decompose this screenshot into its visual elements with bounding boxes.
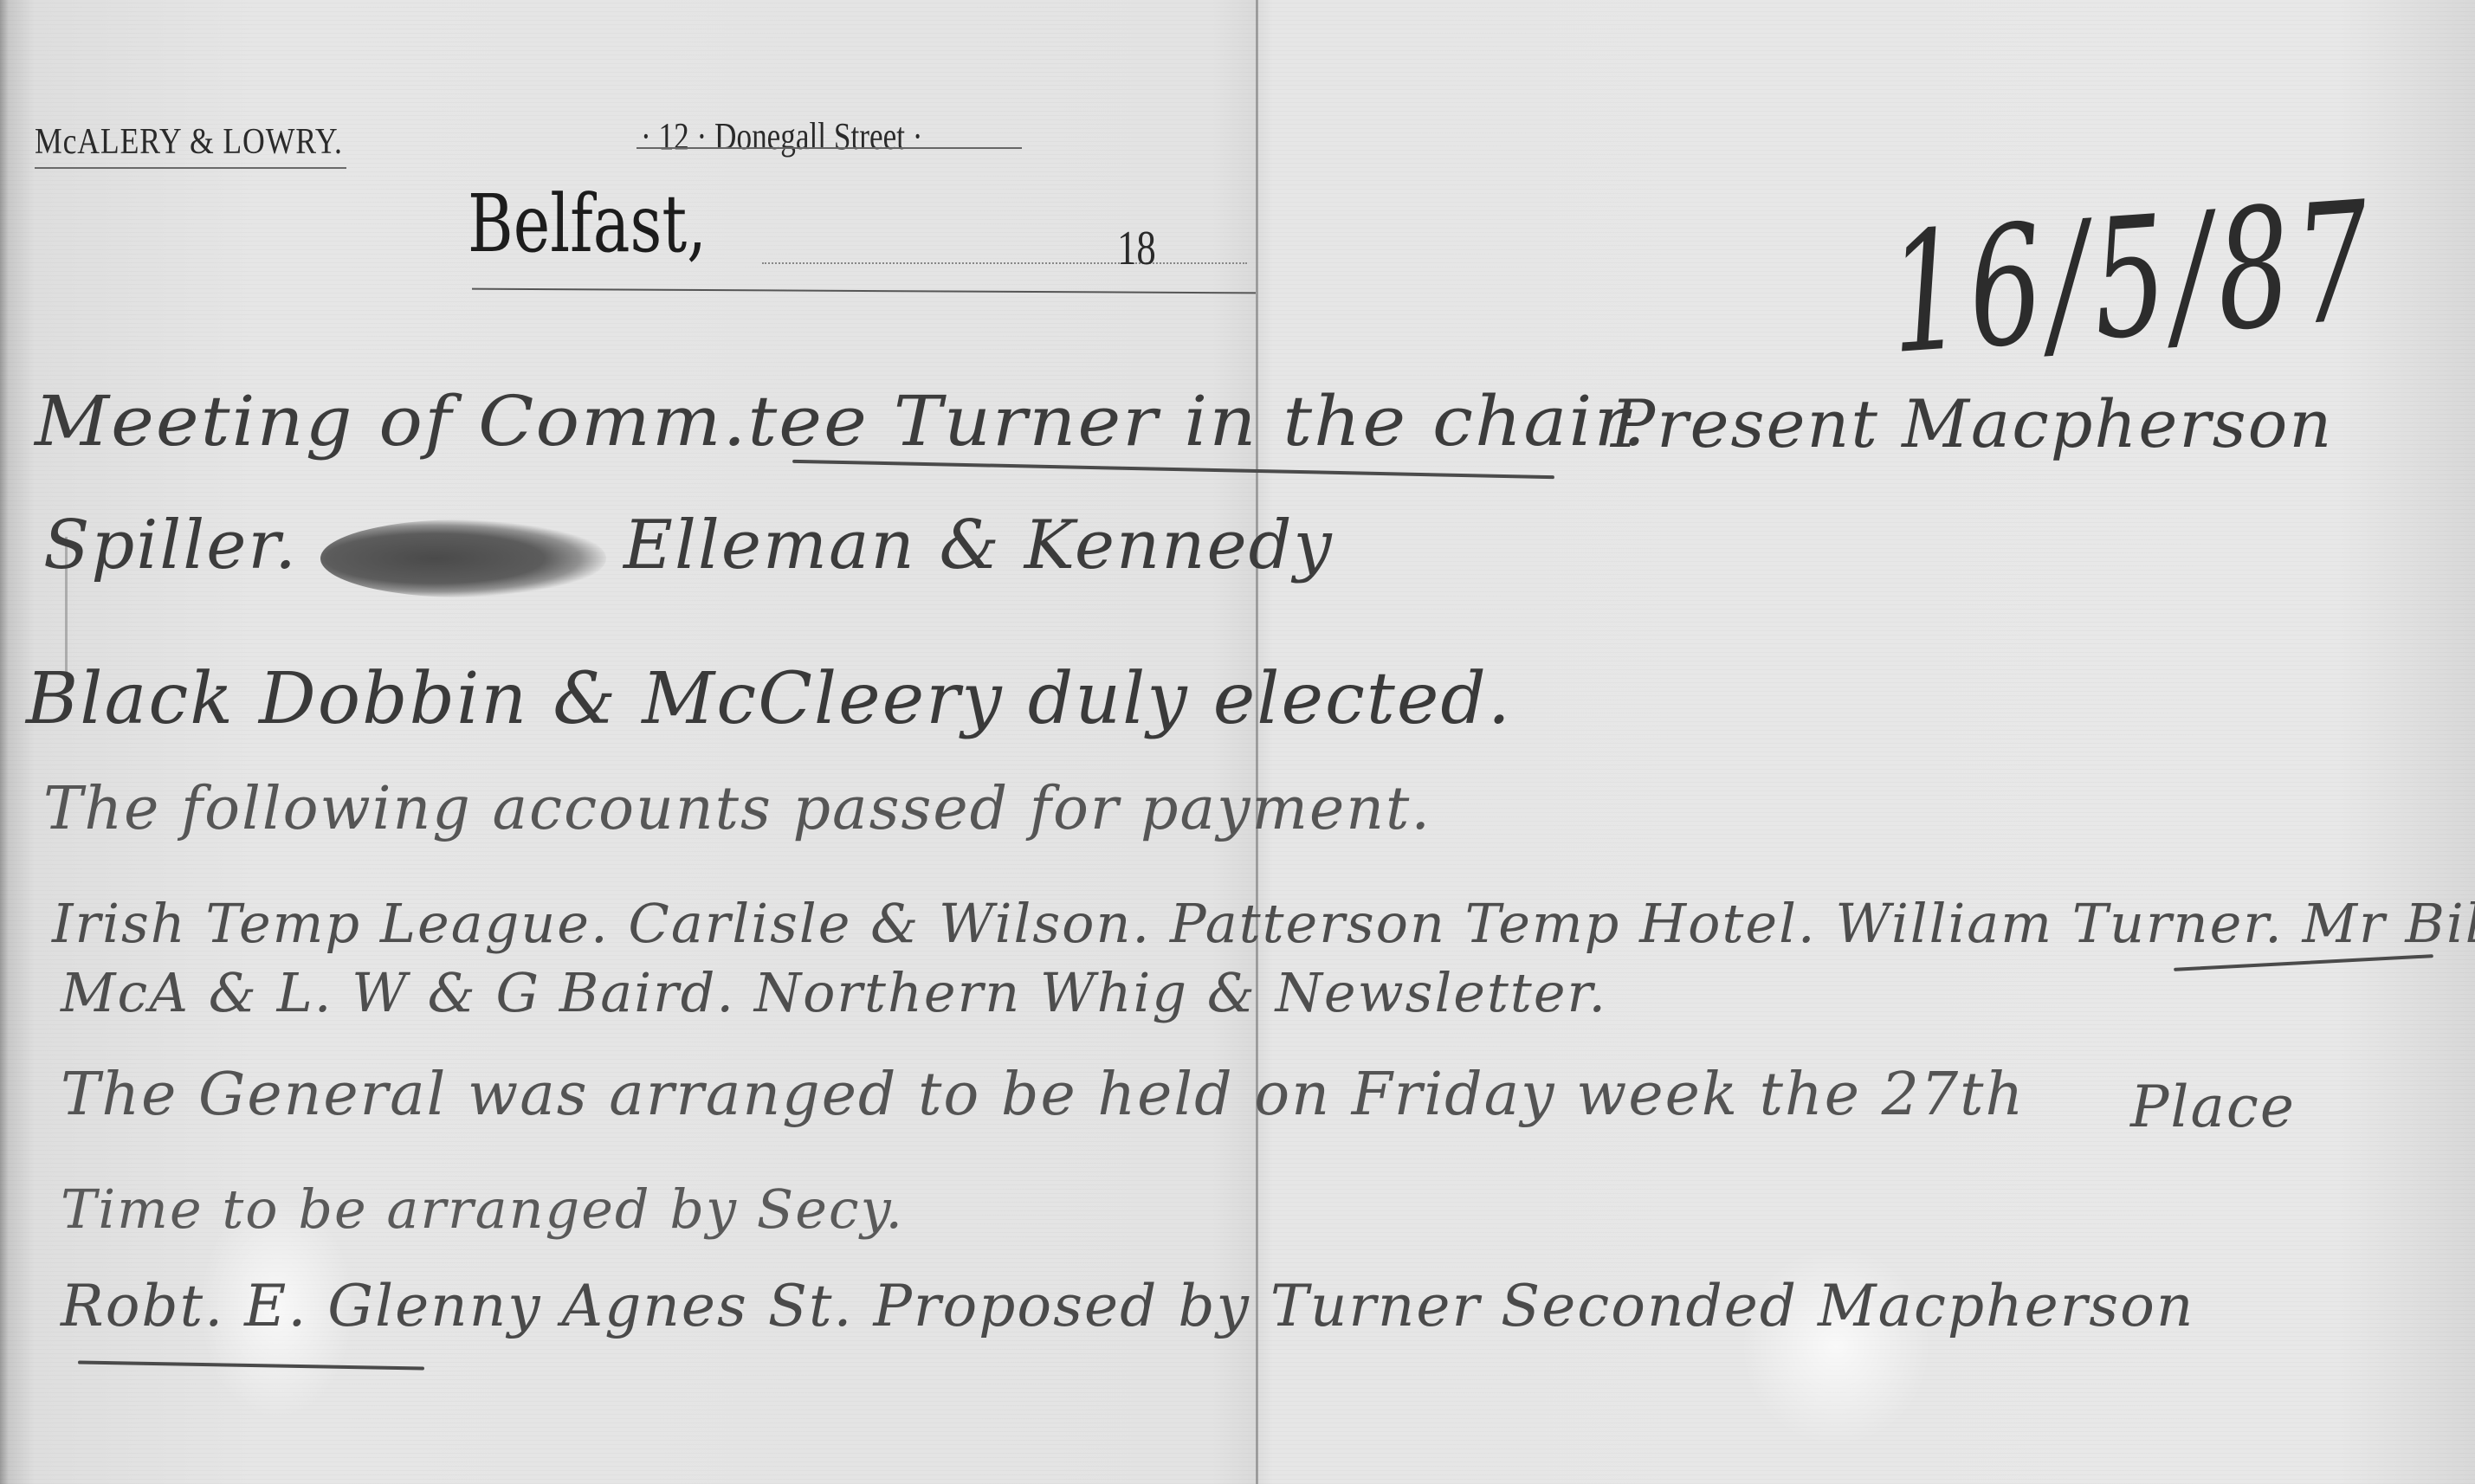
minutes-line-3: Black Dobbin & McCleery duly elected. bbox=[26, 658, 1512, 740]
minutes-line-4: The following accounts passed for paymen… bbox=[43, 775, 1431, 843]
minutes-line-2: Spiller. bbox=[43, 506, 298, 584]
letterhead-city: Belfast, bbox=[468, 177, 707, 270]
letterhead-firm: McALERY & LOWRY. bbox=[35, 121, 343, 163]
minutes-line-8: Time to be arranged by Secy. bbox=[61, 1178, 904, 1241]
handwritten-date: 16/5/87 bbox=[1884, 165, 2382, 390]
minutes-line-1: Meeting of Comm.tee Turner in the chair. bbox=[35, 381, 1647, 461]
date-dotted-line bbox=[762, 262, 1247, 264]
letterhead-firm-rule bbox=[35, 167, 346, 169]
letterhead-year-prefix: 18 bbox=[1117, 221, 1156, 276]
minutes-line-1-present: Present Macpherson bbox=[1611, 385, 2333, 462]
letterhead-street: · 12 · Donegall Street · bbox=[641, 114, 923, 158]
minutes-line-9: Robt. E. Glenny Agnes St. Proposed by Tu… bbox=[61, 1273, 2194, 1339]
minutes-line-2-rest: Elleman & Kennedy bbox=[624, 506, 1334, 584]
minutes-line-7: The General was arranged to be held on F… bbox=[61, 1061, 2025, 1129]
minutes-line-5: Irish Temp League. Carlisle & Wilson. Pa… bbox=[52, 892, 2475, 955]
minutes-line-6: McA & L. W & G Baird. Northern Whig & Ne… bbox=[61, 961, 1607, 1024]
struck-out-name bbox=[320, 519, 606, 597]
letterhead-street-rule bbox=[637, 147, 1022, 149]
minutes-line-7-place: Place bbox=[2130, 1074, 2296, 1140]
page-fold-line bbox=[1256, 0, 1258, 1484]
